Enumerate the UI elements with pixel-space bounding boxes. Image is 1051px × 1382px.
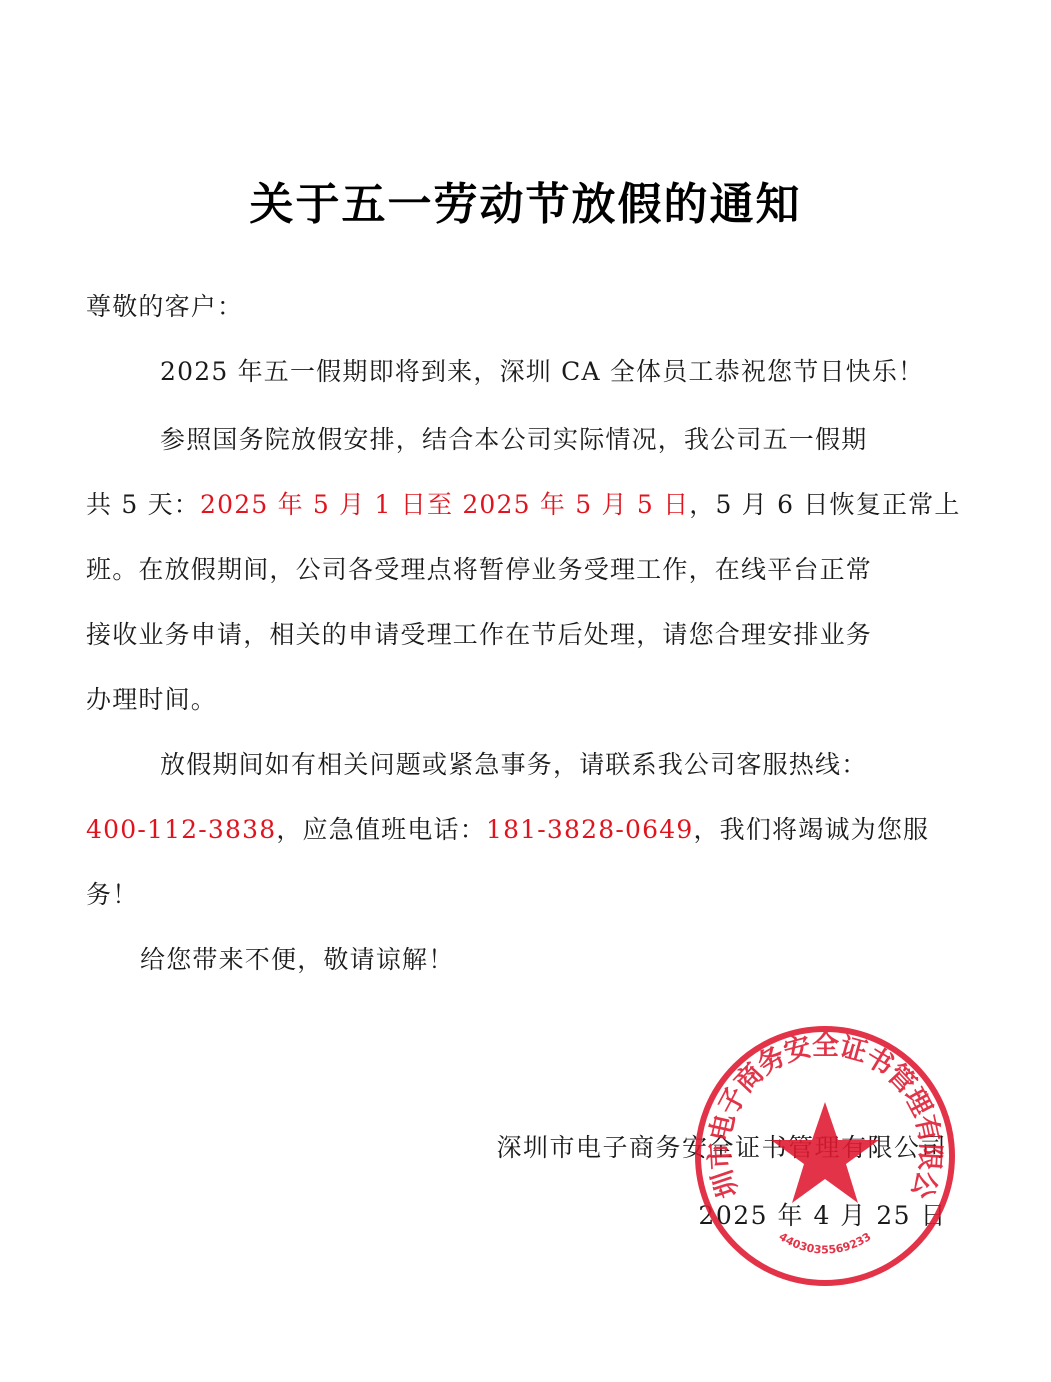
paragraph-greeting: 2025 年五一假期即将到来，深圳 CA 全体员工恭祝您节日快乐！ xyxy=(160,352,924,388)
signature-date: 2025 年 4 月 25 日 xyxy=(698,1196,947,1232)
paragraph-arrangement-line3: 班。在放假期间，公司各受理点将暂停业务受理工作，在线平台正常 xyxy=(86,550,872,586)
holiday-days-text: 共 5 天： xyxy=(86,490,200,519)
duty-phone-number: 181-3828-0649 xyxy=(486,815,693,844)
paragraph-arrangement-line2: 共 5 天：2025 年 5 月 1 日至 2025 年 5 月 5 日，5 月… xyxy=(86,485,961,521)
notice-page: 关于五一劳动节放假的通知 尊敬的客户： 2025 年五一假期即将到来，深圳 CA… xyxy=(0,0,1051,1382)
hotline-number: 400-112-3838 xyxy=(86,815,276,844)
paragraph-contact-line2: 400-112-3838，应急值班电话：181-3828-0649，我们将竭诚为… xyxy=(86,810,929,846)
notice-title: 关于五一劳动节放假的通知 xyxy=(0,168,1051,232)
paragraph-contact-line1: 放假期间如有相关问题或紧急事务，请联系我公司客服热线： xyxy=(160,745,867,781)
paragraph-arrangement-line1: 参照国务院放假安排，结合本公司实际情况，我公司五一假期 xyxy=(160,420,867,456)
signature-company: 深圳市电子商务安全证书管理有限公司 xyxy=(496,1128,947,1164)
resume-work-text: ，5 月 6 日恢复正常上 xyxy=(689,490,960,519)
salutation: 尊敬的客户： xyxy=(86,287,243,323)
duty-phone-label: ，应急值班电话： xyxy=(276,815,486,844)
paragraph-contact-line3: 务！ xyxy=(86,875,138,911)
seal-text: 深圳市电子商务安全证书管理有限公司 xyxy=(693,1024,946,1202)
closing-apology: 给您带来不便，敬请谅解！ xyxy=(140,940,454,976)
paragraph-arrangement-line4: 接收业务申请，相关的申请受理工作在节后处理，请您合理安排业务 xyxy=(86,615,872,651)
seal-serial: 4403035569233 xyxy=(777,1230,874,1256)
holiday-dates-highlight: 2025 年 5 月 1 日至 2025 年 5 月 5 日 xyxy=(200,490,689,519)
service-text: ，我们将竭诚为您服 xyxy=(693,815,929,844)
paragraph-arrangement-line5: 办理时间。 xyxy=(86,680,217,716)
